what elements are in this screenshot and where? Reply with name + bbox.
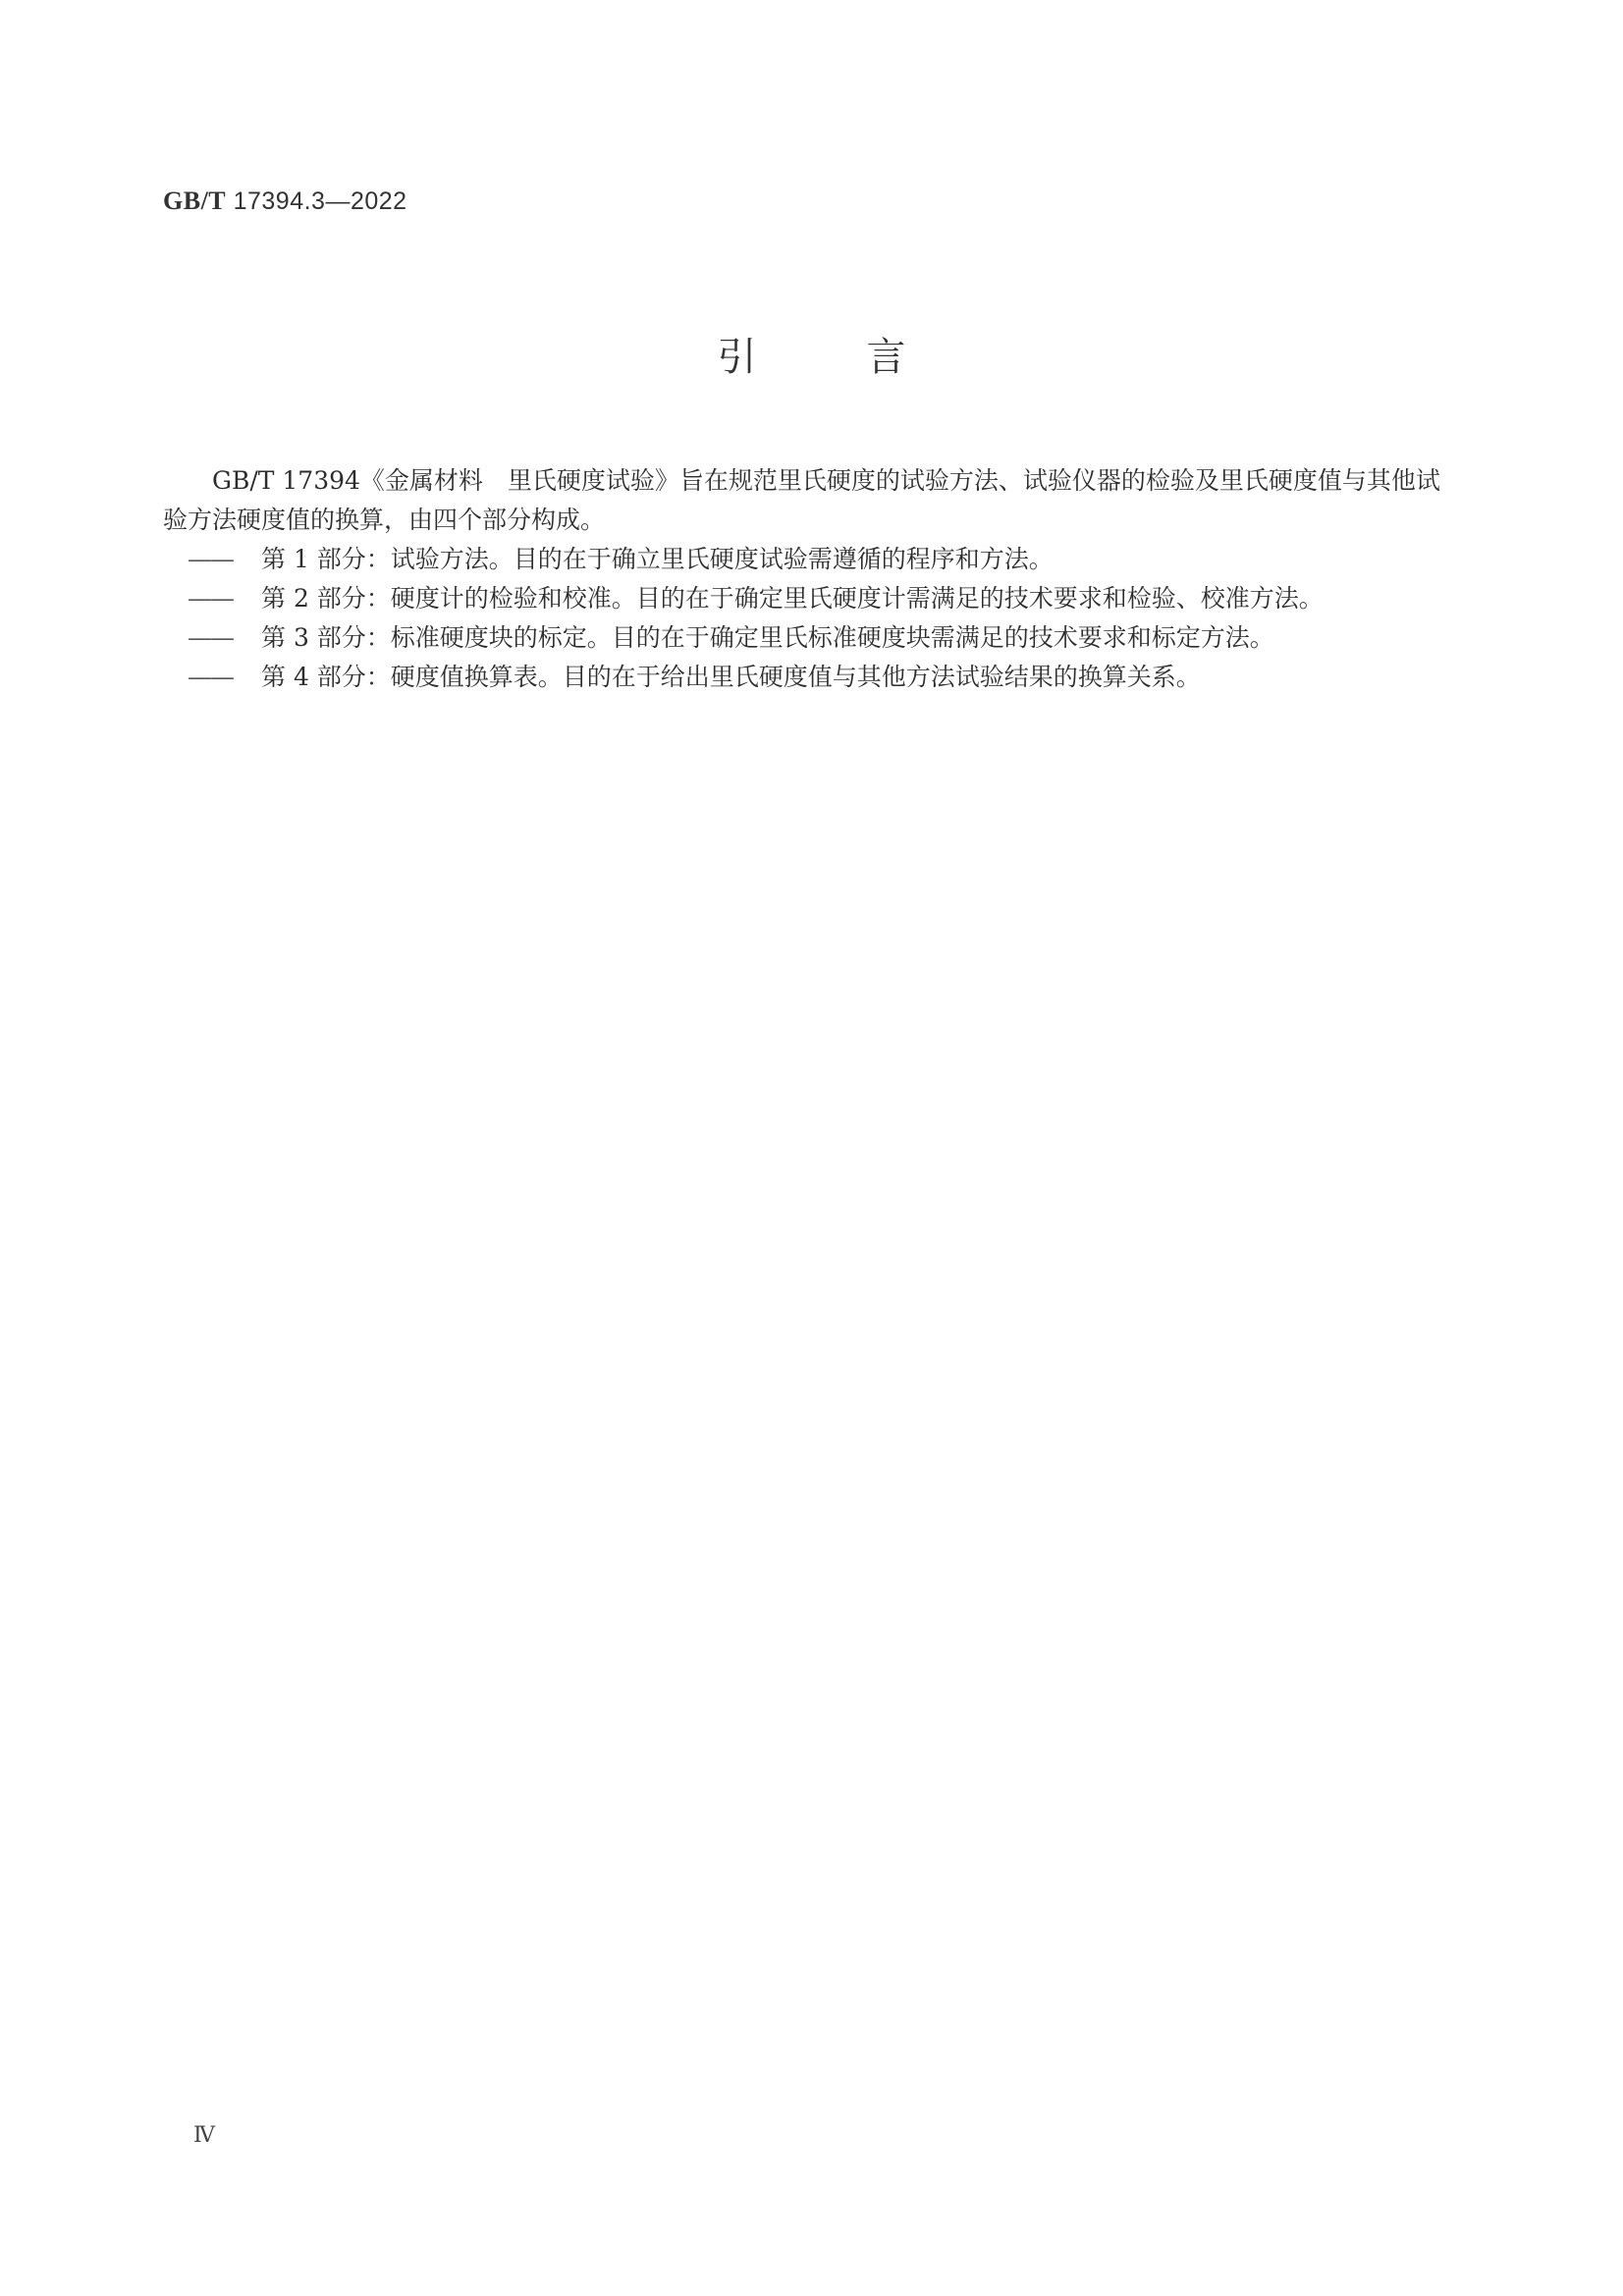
standard-number: 17394.3—2022 bbox=[234, 187, 407, 215]
part-description: 第 1 部分：试验方法。目的在于确立里氏硬度试验需遵循的程序和方法。 bbox=[261, 545, 1054, 573]
section-title-char-2: 言 bbox=[867, 326, 906, 382]
part-description: 第 2 部分：硬度计的检验和校准。目的在于确定里氏硬度计需满足的技术要求和检验、… bbox=[261, 584, 1324, 613]
part-description: 第 3 部分：标准硬度块的标定。目的在于确定里氏标准硬度块需满足的技术要求和标定… bbox=[261, 623, 1274, 652]
part-list-item-4: ——第 4 部分：硬度值换算表。目的在于给出里氏硬度值与其他方法试验结果的换算关… bbox=[163, 658, 1464, 697]
em-dash-marker: —— bbox=[188, 618, 261, 658]
part-list-item-3: ——第 3 部分：标准硬度块的标定。目的在于确定里氏标准硬度块需满足的技术要求和… bbox=[163, 618, 1464, 658]
em-dash-marker: —— bbox=[188, 579, 261, 618]
part-list-item-1: ——第 1 部分：试验方法。目的在于确立里氏硬度试验需遵循的程序和方法。 bbox=[163, 540, 1464, 579]
em-dash-marker: —— bbox=[188, 540, 261, 579]
intro-paragraph: GB/T 17394《金属材料 里氏硬度试验》旨在规范里氏硬度的试验方法、试验仪… bbox=[163, 461, 1464, 540]
part-list-item-2: ——第 2 部分：硬度计的检验和校准。目的在于确定里氏硬度计需满足的技术要求和检… bbox=[163, 579, 1464, 618]
standard-prefix: GB/T bbox=[163, 187, 226, 215]
standard-code-header: GB/T 17394.3—2022 bbox=[163, 187, 407, 216]
part-description: 第 4 部分：硬度值换算表。目的在于给出里氏硬度值与其他方法试验结果的换算关系。 bbox=[261, 663, 1201, 691]
section-title-char-1: 引 bbox=[718, 326, 757, 382]
em-dash-marker: —— bbox=[188, 658, 261, 697]
section-title: 引言 bbox=[0, 326, 1623, 382]
introduction-body: GB/T 17394《金属材料 里氏硬度试验》旨在规范里氏硬度的试验方法、试验仪… bbox=[163, 461, 1464, 697]
page-number: Ⅳ bbox=[193, 2122, 215, 2148]
